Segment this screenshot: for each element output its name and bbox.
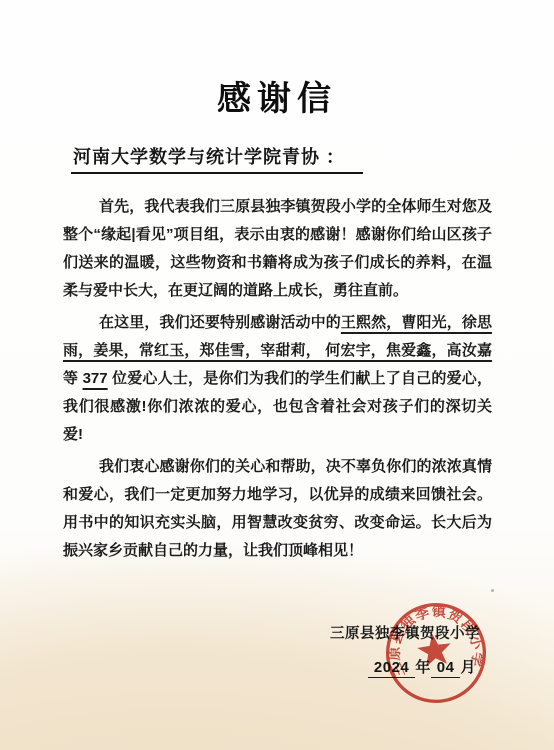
paragraph-2-lead: 在这里，我们还要特别感谢活动中的	[99, 314, 341, 331]
letter-title: 感谢信	[0, 80, 554, 118]
paragraph-1: 首先，我代表我们三原县独李镇贺段小学的全体师生对您及整个“缘起|看见”项目组，表…	[63, 193, 492, 305]
paragraph-3: 我们衷心感谢你们的关心和帮助，决不辜负你们的浓浓真情和爱心，我们一定更加努力地学…	[63, 453, 492, 565]
paragraph-2-mid: 等	[63, 370, 83, 387]
scanned-letter-page: 感谢信 河南大学数学与统计学院青协 ： 首先，我代表我们三原县独李镇贺段小学的全…	[0, 0, 554, 750]
school-stamp: 三原县独李镇贺段小学	[377, 594, 494, 711]
salutation-text: 河南大学数学与统计学院青协 ：	[71, 143, 363, 174]
letter-body: 首先，我代表我们三原县独李镇贺段小学的全体师生对您及整个“缘起|看见”项目组，表…	[63, 193, 492, 569]
paper-speck	[491, 589, 494, 592]
donor-count-underlined: 377	[83, 370, 108, 387]
stamp-star-icon	[416, 631, 454, 667]
paragraph-2: 在这里，我们还要特别感谢活动中的王熙然，曹阳光，徐思雨，姜果，常红玉，郑佳雪，宰…	[63, 309, 492, 449]
school-stamp-graphic: 三原县独李镇贺段小学	[377, 594, 494, 711]
paragraph-2-tail: 位爱心人士，是你们为我们的学生们献上了自己的爱心，我们很感激!你们浓浓的爱心，也…	[63, 370, 492, 443]
salutation-line: 河南大学数学与统计学院青协 ：	[71, 143, 363, 174]
